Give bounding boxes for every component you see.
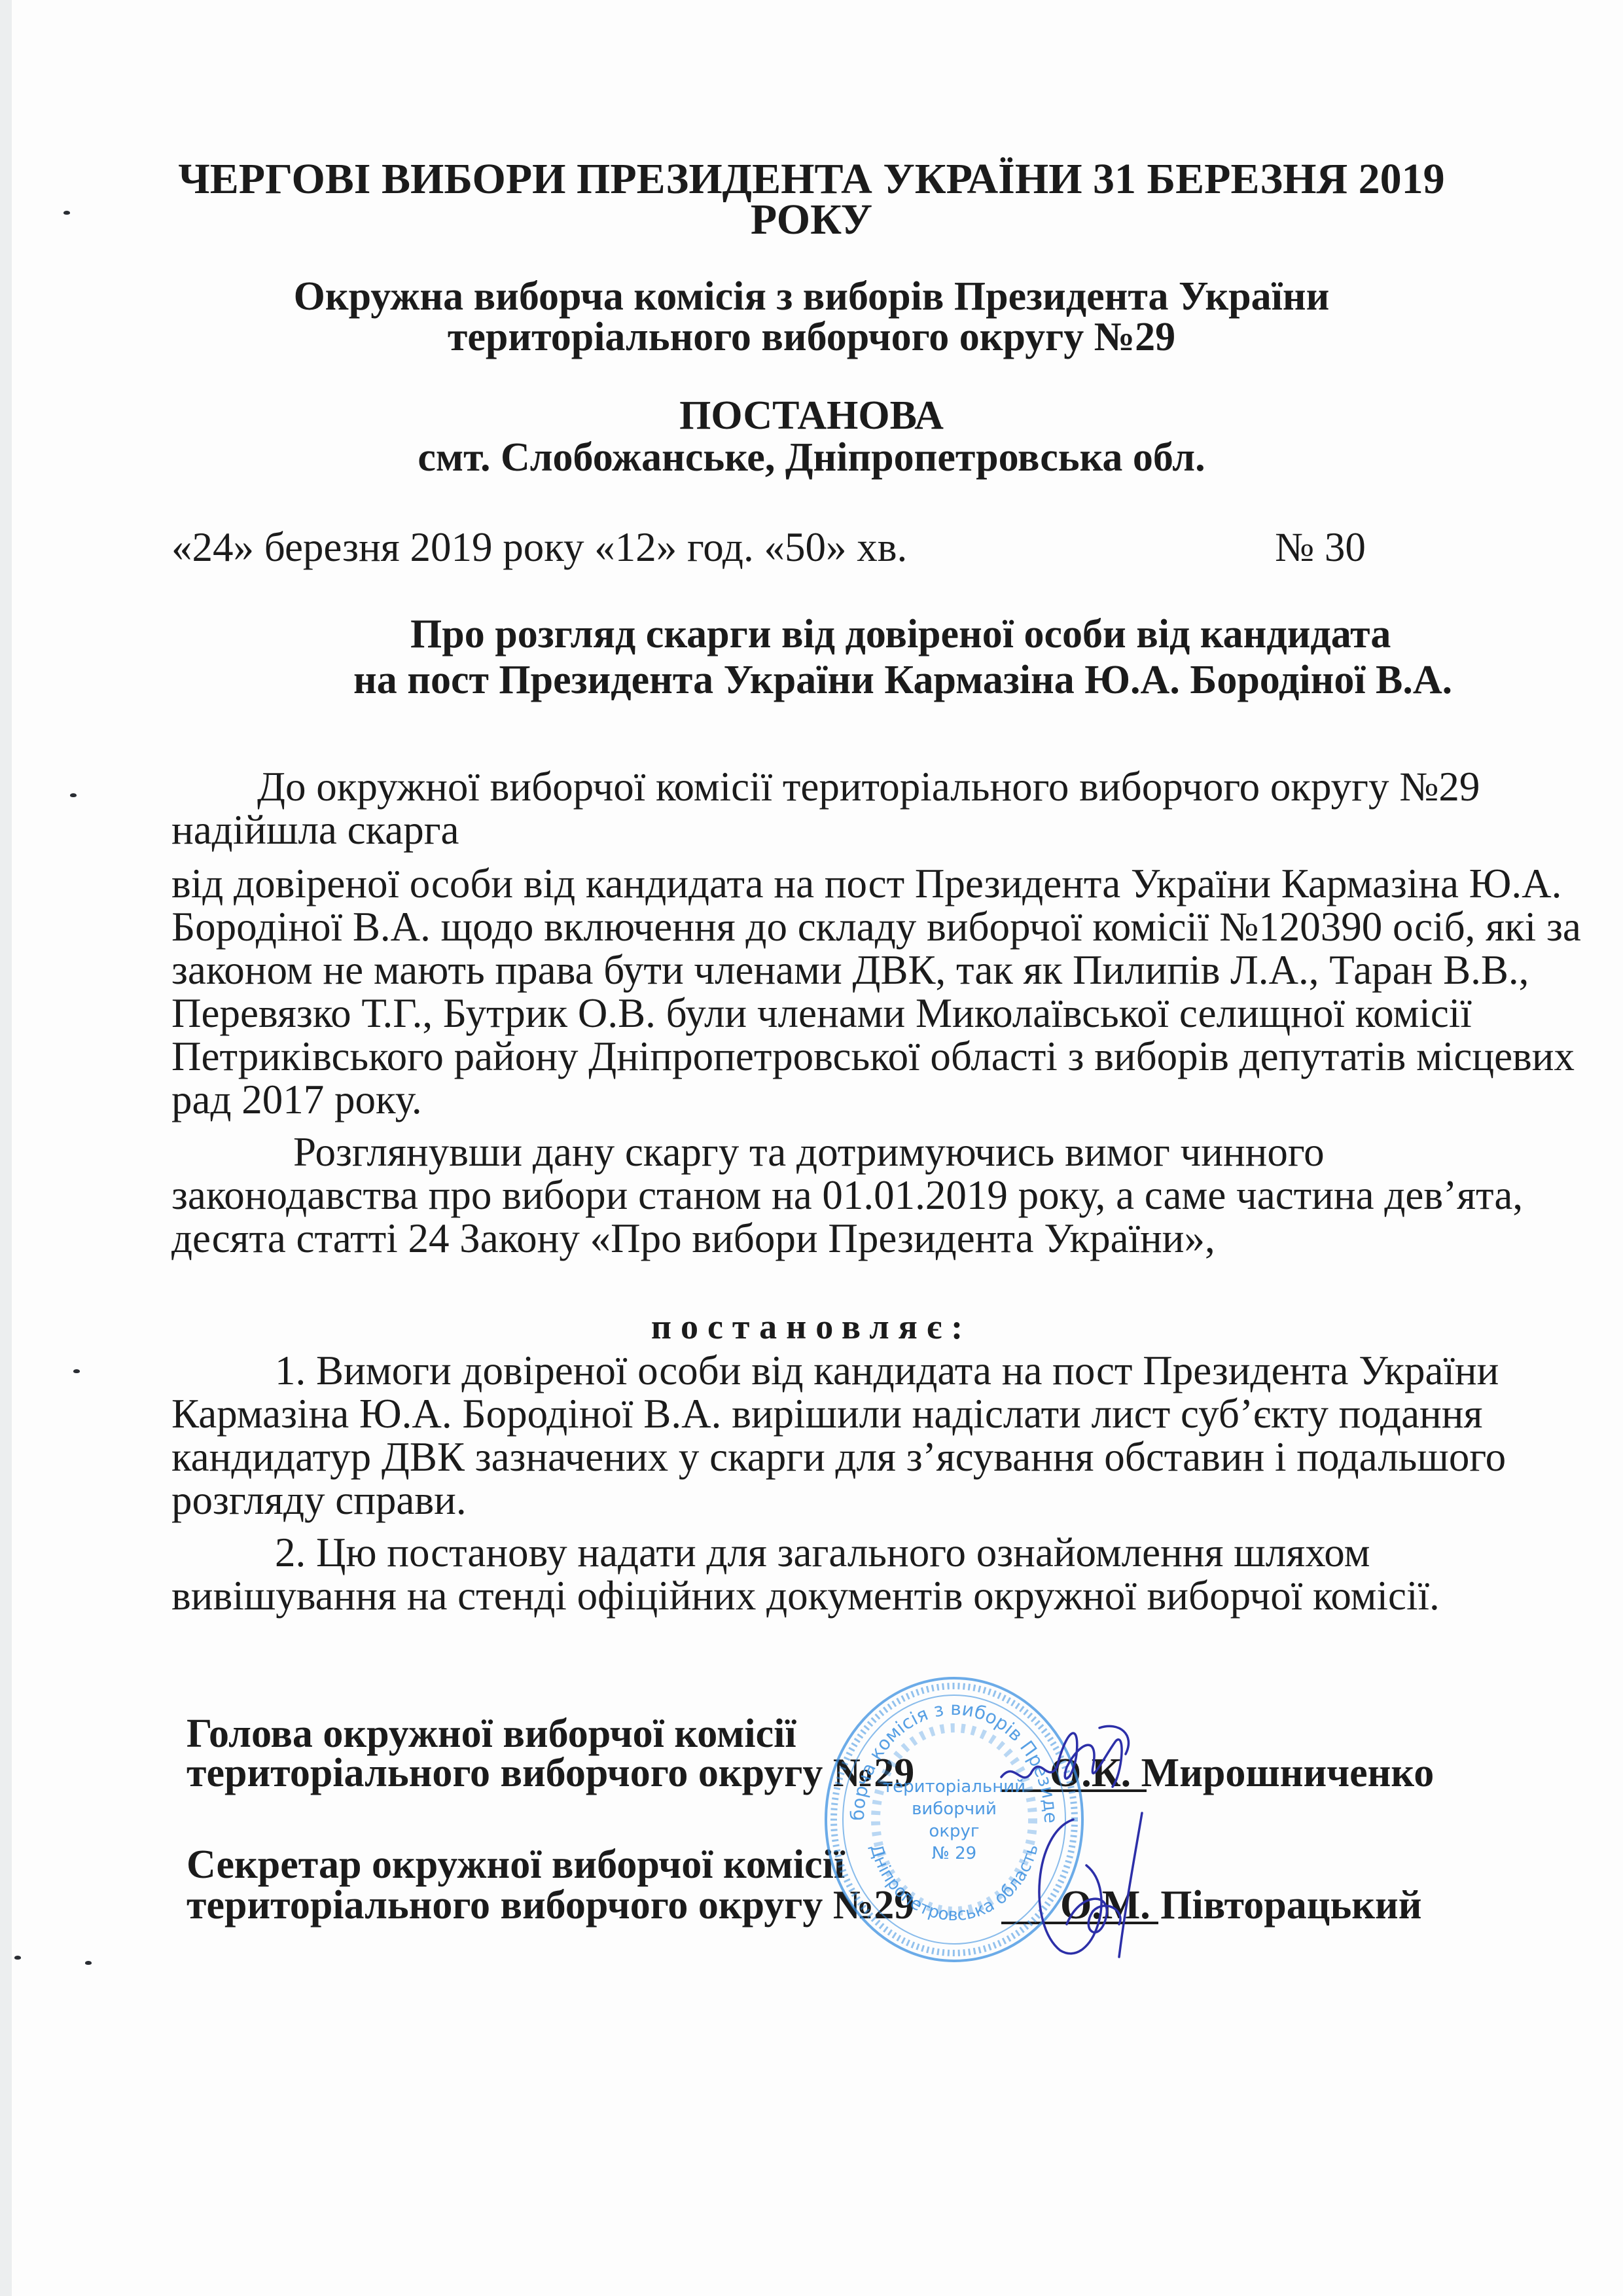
commission-name-line2: територіального виборчого округу №29 [0, 314, 1623, 361]
paragraph1-line: Перевязко Т.Г., Бутрик О.В. були членами… [171, 990, 1472, 1037]
svg-text:округ: округ [929, 1821, 979, 1841]
paragraph1-line: від довіреної особи від кандидата на пос… [171, 860, 1561, 908]
doc-type: ПОСТАНОВА [0, 393, 1623, 439]
item1-line: кандидатур ДВК зазначених у скарги для з… [171, 1433, 1506, 1481]
paragraph1-line: законом не мають права бути членами ДВК,… [171, 946, 1529, 994]
svg-text:виборчий: виборчий [912, 1799, 997, 1819]
scan-mark [70, 793, 77, 797]
stamp-outer-text: Окружна виборча комісія з виборів Презид… [823, 1676, 1061, 1823]
item1-line: Кармазіна Ю.А. Бородіної В.А. вирішили н… [171, 1390, 1482, 1438]
scan-mark [14, 1956, 21, 1960]
document-number: № 30 [1275, 524, 1366, 571]
svg-text:Окружна виборча комісія з вибо: Окружна виборча комісія з виборів Презид… [823, 1676, 1061, 1823]
paragraph1-line: Бородіної В.А. щодо включення до складу … [171, 903, 1581, 951]
paragraph1-line: рад 2017 року. [171, 1076, 422, 1124]
chair-role-line2: територіального виборчого округу №29 [187, 1750, 914, 1797]
item1-line: 1. Вимоги довіреної особи від кандидата … [275, 1347, 1499, 1395]
secretary-role-line1: Секретар окружної виборчої комісії [187, 1842, 845, 1888]
item2-line: вивішування на стенді офіційних документ… [171, 1572, 1440, 1620]
chair-name: О.К. Мирошниченко [1050, 1750, 1434, 1797]
paragraph2-line: законодавства про вибори станом на 01.01… [171, 1172, 1523, 1219]
election-title-line2: РОКУ [0, 195, 1623, 245]
scan-mark [85, 1961, 92, 1965]
paragraph1-line: Петриківського району Дніпропетровської … [171, 1033, 1575, 1081]
subject-line2: на пост Президента України Кармазіна Ю.А… [353, 657, 1452, 704]
date-time: «24» березня 2019 року «12» год. «50» хв… [171, 524, 907, 571]
svg-text:№ 29: № 29 [932, 1844, 976, 1863]
paragraph1-line: До окружної виборчої комісії територіаль… [257, 763, 1480, 811]
commission-name-line1: Окружна виборча комісія з виборів Презид… [0, 274, 1623, 320]
paragraph2-line: Розглянувши дану скаргу та дотримуючись … [293, 1128, 1325, 1176]
item2-line: 2. Цю постанову надати для загального оз… [275, 1529, 1370, 1577]
item1-line: розгляду справи. [171, 1477, 467, 1524]
scan-mark [73, 1369, 80, 1373]
location: смт. Слобожанське, Дніпропетровська обл. [0, 435, 1623, 481]
resolves-label: постановляє: [0, 1306, 1623, 1347]
secretary-name: О.М. Півторацький [1060, 1882, 1421, 1929]
subject-line1: Про розгляд скарги від довіреної особи в… [410, 611, 1391, 658]
paragraph2-line: десята статті 24 Закону «Про вибори През… [171, 1215, 1215, 1263]
paragraph1-line: надійшла скарга [171, 806, 459, 854]
secretary-signature-icon [1021, 1793, 1165, 1964]
secretary-role-line2: територіального виборчого округу №29 [187, 1882, 914, 1929]
